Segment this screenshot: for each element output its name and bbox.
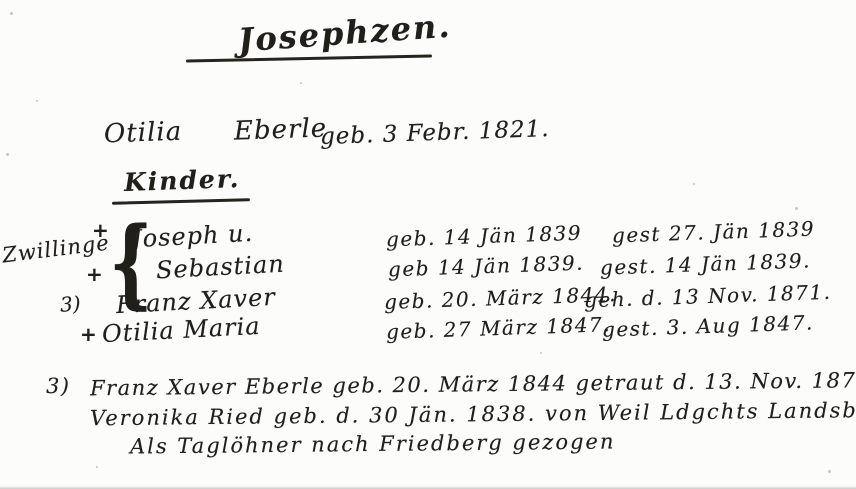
child-birth-date: geb. 14 Jän 1839 [386,221,583,252]
person-birth-date: geb. 3 Febr. 1821. [320,116,550,150]
child-death-date: gest 27. Jän 1839 [612,216,816,247]
child-birth-date: geb 14 Jän 1839. [388,251,585,282]
child-death-date: gest. 14 Jän 1839. [600,248,812,279]
scan-speckle [10,12,13,15]
section-underline [112,198,250,205]
note-line: Veronika Ried geb. d. 30 Jän. 1838. von … [90,398,856,431]
note-marker: 3) [46,374,71,398]
scan-speckle [540,352,542,354]
scan-speckle [828,470,831,473]
death-cross-icon: + [86,262,103,286]
child-death-date: gest. 3. Aug 1847. [602,310,815,341]
scan-speckle [6,153,9,156]
note-line: Franz Xaver Eberle geb. 20. März 1844 ge… [90,368,856,401]
scan-speckle [795,207,798,210]
child-name: Sebastian [155,250,285,285]
section-heading-kinder: Kinder. [124,164,241,197]
title-underline [186,54,432,62]
document-title: Josephzen. [237,7,453,60]
death-cross-icon: + [80,322,97,346]
child-birth-date: geb. 20. März 1844. [384,282,618,314]
death-cross-icon: + [92,218,109,242]
child-marriage-date: geh. d. 13 Nov. 1871. [584,280,832,313]
scan-speckle [96,466,98,468]
note-line: Als Taglöhner nach Friedberg gezogen [130,429,616,458]
person-name: Otilia [104,117,183,150]
person-surname: Eberle [234,113,328,146]
scan-speckle [300,82,302,84]
child-birth-date: geb. 27 März 1847. [386,312,612,344]
scanned-document-page: Josephzen. Otilia Eberle geb. 3 Febr. 18… [0,0,856,489]
scan-speckle [36,100,38,102]
child-name: Joseph u. [131,219,253,253]
scan-speckle [693,183,695,185]
child-number-marker: 3) [59,291,81,316]
